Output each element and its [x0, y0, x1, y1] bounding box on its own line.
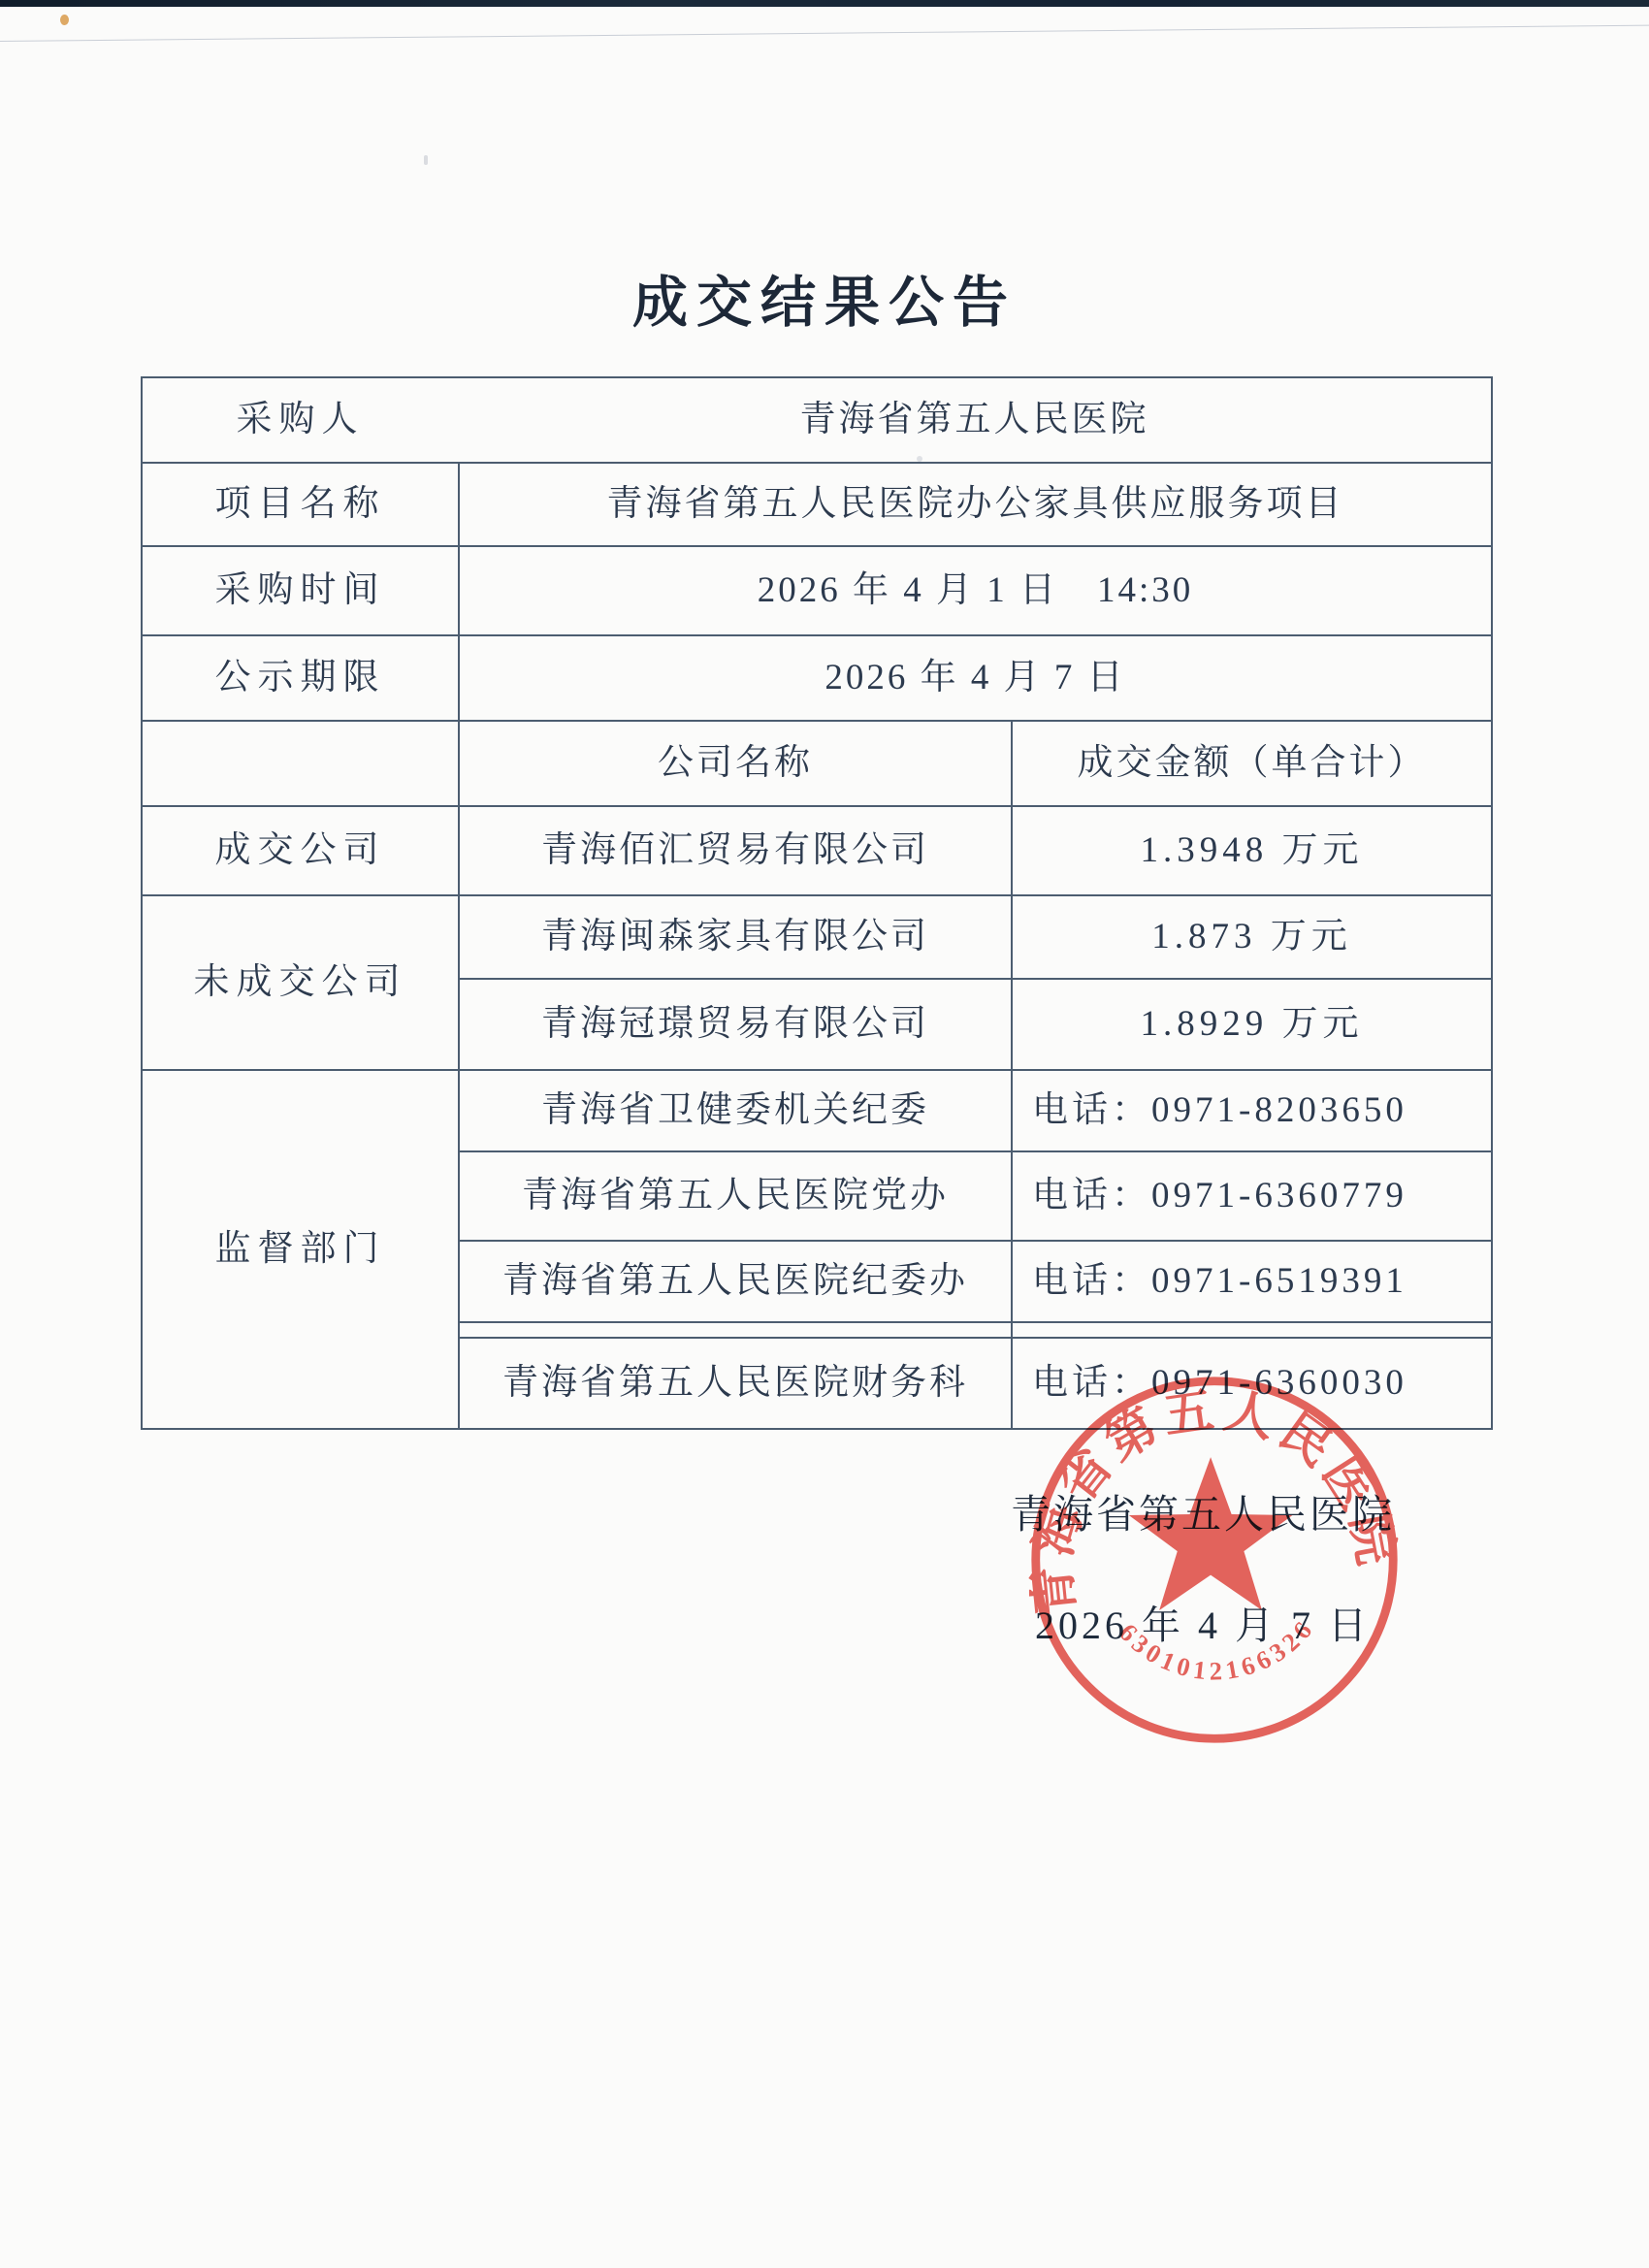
project-name-value: 青海省第五人民医院办公家具供应服务项目 — [458, 462, 1491, 545]
publicity-period-label: 公示期限 — [143, 634, 458, 720]
scan-speck — [60, 15, 69, 25]
winner-company: 青海佰汇贸易有限公司 — [458, 805, 1011, 894]
table-split-gap — [458, 1321, 1011, 1337]
non-winner-amount: 1.873 万元 — [1011, 894, 1491, 978]
supervision-phone: 电话：0971-6519391 — [1011, 1240, 1491, 1321]
column-header-company: 公司名称 — [458, 720, 1011, 805]
supervision-department: 青海省卫健委机关纪委 — [458, 1069, 1011, 1150]
non-winner-company: 青海冠璟贸易有限公司 — [458, 978, 1011, 1069]
result-table: 采购人 青海省第五人民医院 项目名称 青海省第五人民医院办公家具供应服务项目 采… — [141, 376, 1493, 1430]
purchase-time-value: 2026 年 4 月 1 日 14:30 — [458, 545, 1491, 634]
non-winners-label: 未成交公司 — [143, 894, 458, 1069]
non-winner-company: 青海闽森家具有限公司 — [458, 894, 1011, 978]
supervision-label: 监督部门 — [143, 1069, 458, 1428]
table-split-gap — [1011, 1321, 1491, 1337]
non-winner-amount: 1.8929 万元 — [1011, 978, 1491, 1069]
supervision-phone: 电话：0971-6360030 — [1011, 1337, 1491, 1428]
project-name-label: 项目名称 — [143, 462, 458, 545]
scan-edge-strip — [0, 0, 1649, 7]
supervision-phone: 电话：0971-6360779 — [1011, 1150, 1491, 1240]
supervision-department: 青海省第五人民医院党办 — [458, 1150, 1011, 1240]
purchase-time-label: 采购时间 — [143, 545, 458, 634]
winner-label: 成交公司 — [143, 805, 458, 894]
signature-org: 青海省第五人民医院 — [1009, 1482, 1397, 1539]
column-header-amount: 成交金额（单合计） — [1011, 720, 1491, 805]
buyer-label: 采购人 — [143, 378, 458, 462]
signature-date: 2026 年 4 月 7 日 — [1009, 1595, 1397, 1650]
supervision-department: 青海省第五人民医院财务科 — [458, 1337, 1011, 1428]
supervision-phone: 电话：0971-8203650 — [1011, 1069, 1491, 1150]
winner-amount: 1.3948 万元 — [1011, 805, 1491, 894]
scan-speck — [424, 155, 428, 165]
paper-edge-line — [0, 25, 1649, 42]
page-title: 成交结果公告 — [0, 258, 1649, 338]
publicity-period-value: 2026 年 4 月 7 日 — [458, 634, 1491, 720]
supervision-department: 青海省第五人民医院纪委办 — [458, 1240, 1011, 1321]
header-blank-cell — [143, 720, 458, 805]
buyer-value: 青海省第五人民医院 — [458, 378, 1491, 462]
